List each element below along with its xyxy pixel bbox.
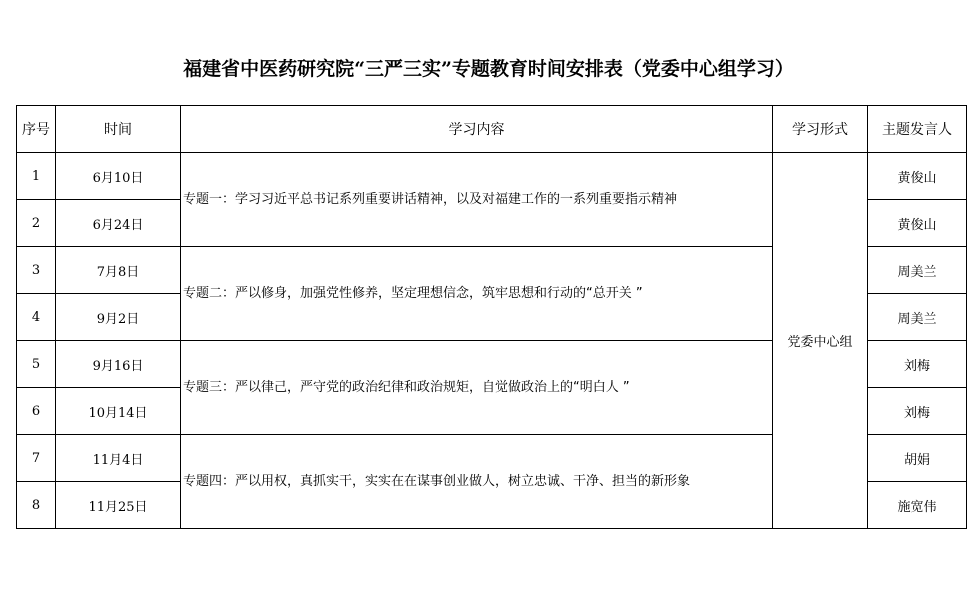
row-date: 9月2日 [56,294,181,341]
row-no: 1 [17,153,56,200]
header-speaker: 主题发言人 [868,106,967,153]
row-speaker: 周美兰 [868,294,967,341]
row-date: 9月16日 [56,341,181,388]
row-speaker: 胡娟 [868,435,967,482]
row-date: 7月8日 [56,247,181,294]
row-speaker: 黄俊山 [868,153,967,200]
header-form: 学习形式 [773,106,868,153]
row-no: 2 [17,200,56,247]
topic-cell: 专题三：严以律己，严守党的政治纪律和政治规矩，自觉做政治上的“明白人 ” [181,341,773,435]
table-row: 1 6月10日 专题一：学习习近平总书记系列重要讲话精神，以及对福建工作的一系列… [17,153,967,200]
header-date: 时间 [56,106,181,153]
schedule-table: 序号 时间 学习内容 学习形式 主题发言人 1 6月10日 专题一：学习习近平总… [16,105,967,529]
row-date: 10月14日 [56,388,181,435]
row-speaker: 黄俊山 [868,200,967,247]
table-header-row: 序号 时间 学习内容 学习形式 主题发言人 [17,106,967,153]
page-title: 福建省中医药研究院“三严三实”专题教育时间安排表（党委中心组学习） [0,54,977,81]
row-speaker: 刘梅 [868,388,967,435]
topic-cell: 专题一：学习习近平总书记系列重要讲话精神，以及对福建工作的一系列重要指示精神 [181,153,773,247]
row-date: 11月25日 [56,482,181,529]
row-no: 8 [17,482,56,529]
row-date: 6月10日 [56,153,181,200]
row-no: 7 [17,435,56,482]
row-date: 11月4日 [56,435,181,482]
row-speaker: 刘梅 [868,341,967,388]
row-no: 5 [17,341,56,388]
row-no: 3 [17,247,56,294]
header-no: 序号 [17,106,56,153]
form-cell: 党委中心组 [773,153,868,529]
header-content: 学习内容 [181,106,773,153]
topic-cell: 专题四：严以用权，真抓实干，实实在在谋事创业做人，树立忠诚、干净、担当的新形象 [181,435,773,529]
row-no: 4 [17,294,56,341]
row-speaker: 施宽伟 [868,482,967,529]
row-speaker: 周美兰 [868,247,967,294]
topic-cell: 专题二：严以修身，加强党性修养，坚定理想信念，筑牢思想和行动的“总开关 ” [181,247,773,341]
row-date: 6月24日 [56,200,181,247]
row-no: 6 [17,388,56,435]
